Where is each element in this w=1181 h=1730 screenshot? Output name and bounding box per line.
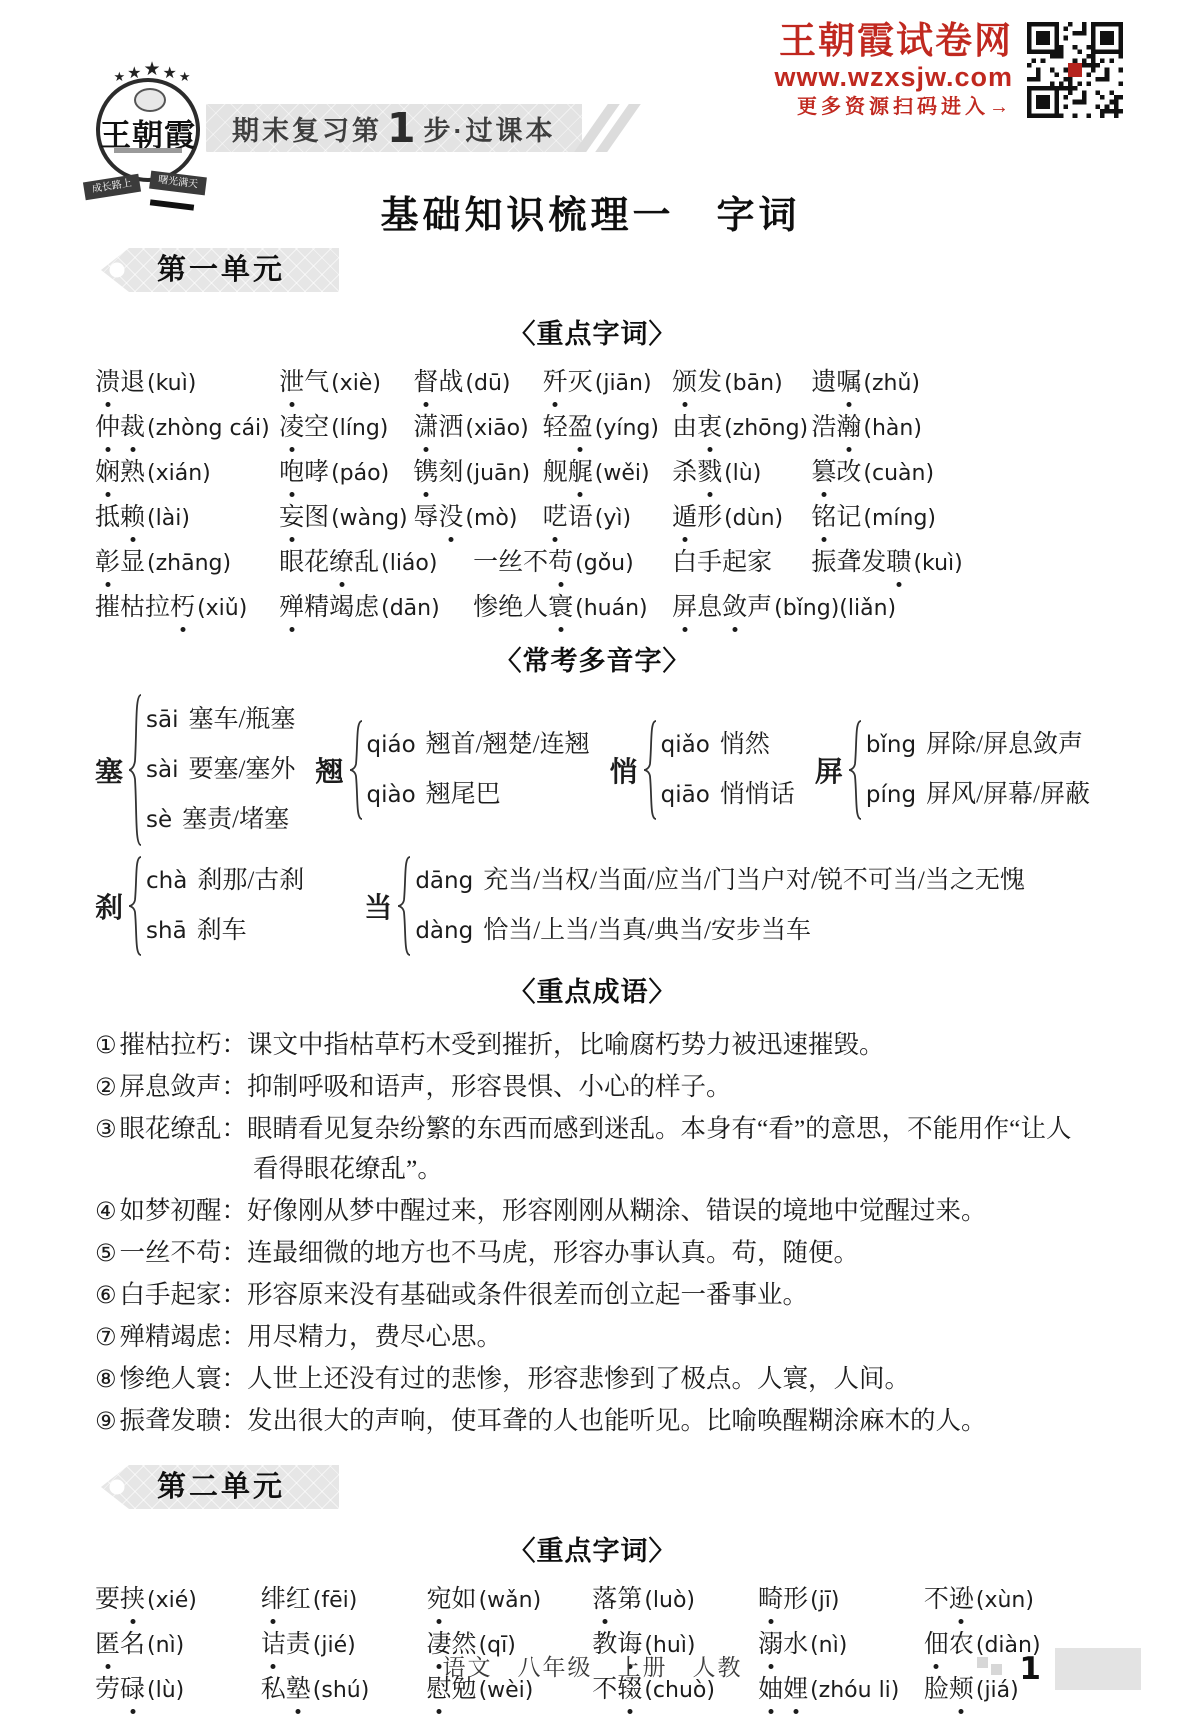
word-item: 娴熟(xián) <box>95 457 279 490</box>
idiom-number: ① <box>95 1031 117 1059</box>
word-character: 形 <box>697 502 722 534</box>
polyphone-group: 当dāng充当/当权/当面/应当/门当户对/锐不可当/当之无愧dàng恰当/上当… <box>364 856 1025 956</box>
word-pinyin: (zhǔ) <box>863 371 920 396</box>
band-prefix: 期末复习第 <box>232 109 382 148</box>
unit1-keyword-grid: 溃退(kuì)泄气(xiè)督战(dū)歼灭(jiān)颁发(bān)遗嘱(zh… <box>95 367 1090 625</box>
word-character: 呓 <box>543 502 568 534</box>
word-pinyin: (hàn) <box>863 416 922 441</box>
word-item: 颁发(bān) <box>672 367 811 400</box>
idiom-term: 摧枯拉朽： <box>120 1030 248 1059</box>
word-character: 舰 <box>543 457 568 489</box>
word-pinyin: (huán) <box>575 596 647 621</box>
idiom-definition: 发出很大的声响，使耳聋的人也能听见。比喻唤醒糊涂麻木的人。 <box>247 1406 987 1435</box>
word-character: 敛 <box>722 592 747 624</box>
reading-pinyin: qiáo <box>367 732 416 758</box>
word-item: 妄图(wàng) <box>279 502 413 535</box>
reading-words: 屏除/屏息敛声 <box>926 731 1083 758</box>
page-number: 1 <box>1005 1651 1055 1687</box>
word-character: 战 <box>438 367 463 399</box>
brace-icon <box>127 694 143 846</box>
polyphone-reading: qiáo翘首/翘楚/连翘 <box>367 720 590 770</box>
word-item: 白手起家 <box>672 547 811 580</box>
word-character: 凌 <box>279 412 304 444</box>
word-character: 宛 <box>427 1584 452 1616</box>
word-item: 振聋发聩(kuì) <box>811 547 1090 580</box>
word-character: 挟 <box>120 1584 145 1616</box>
logo-stars-icon: ★★★★★ <box>88 60 216 79</box>
idiom-definition: 好像刚从梦中醒过来，形容刚刚从糊涂、错误的境地中觉醒过来。 <box>247 1196 987 1225</box>
polyphone-reading: qiǎo悄然 <box>661 720 795 770</box>
polyphone-readings: bǐng屏除/屏息敛声píng屏风/屏幕/屏蔽 <box>866 720 1090 820</box>
word-pinyin: (lù) <box>724 461 761 486</box>
word-character: 杀 <box>672 457 697 489</box>
word-character: 轻 <box>543 412 568 444</box>
word-row: 溃退(kuì)泄气(xiè)督战(dū)歼灭(jiān)颁发(bān)遗嘱(zh… <box>95 367 1090 400</box>
polyphone-group: 悄qiǎo悄然qiāo悄悄话 <box>610 720 795 820</box>
word-item: 惨绝人寰(huán) <box>473 592 672 625</box>
word-character: 虑 <box>354 592 379 624</box>
word-pinyin: (juān) <box>465 461 530 486</box>
reading-words: 刹车 <box>197 917 247 944</box>
word-row: 娴熟(xián)咆哮(páo)镌刻(juān)舰艉(wěi)杀戮(lù)篡改(c… <box>95 457 1090 490</box>
word-character: 红 <box>286 1584 311 1616</box>
brand-site-name: 王朝霞试卷网 <box>774 22 1013 61</box>
word-character: 灭 <box>568 367 593 399</box>
word-row: 仲裁(zhòng cái)凌空(líng)潇洒(xiāo)轻盈(yíng)由衷(… <box>95 412 1090 445</box>
word-character: 枯 <box>120 592 145 624</box>
reading-words: 恰当/上当/当真/典当/安步当车 <box>483 917 811 944</box>
word-pinyin: (liáo) <box>381 551 437 576</box>
word-pinyin: (yì) <box>595 506 631 531</box>
word-pinyin: (xián) <box>147 461 211 486</box>
idiom-number: ⑥ <box>95 1281 117 1309</box>
idiom-number: ③ <box>95 1115 117 1143</box>
word-pinyin: (cuàn) <box>863 461 934 486</box>
reading-words: 刹那/古刹 <box>197 867 304 894</box>
word-pinyin: (dū) <box>465 371 510 396</box>
word-character: 盈 <box>568 412 593 444</box>
page-number-bar <box>1055 1648 1141 1690</box>
word-character: 哮 <box>304 457 329 489</box>
unit2-keyword-grid: 要挟(xié)绯红(fēi)宛如(wǎn)落第(luò)畸形(jī)不逊(xùn… <box>95 1584 1090 1707</box>
word-item: 浩瀚(hàn) <box>811 412 1090 445</box>
page-title: 基础知识梳理一 字词 <box>0 184 1181 239</box>
word-character: 花 <box>304 547 329 579</box>
word-character: 丝 <box>498 547 523 579</box>
word-character: 落 <box>592 1584 617 1616</box>
reading-pinyin: dāng <box>415 868 473 894</box>
word-pinyin: (zhòng cái) <box>147 416 270 441</box>
brace-icon <box>348 720 364 820</box>
word-character: 嘱 <box>836 367 861 399</box>
reading-pinyin: qiǎo <box>661 732 710 758</box>
brand-block: 王朝霞试卷网 www.wzxsjw.com 更多资源扫码进入→ <box>774 22 1123 121</box>
word-character: 起 <box>722 547 747 579</box>
idiom-item: ①摧枯拉朽：课文中指枯草朽木受到摧折，比喻腐朽势力被迅速摧毁。 <box>95 1025 1090 1065</box>
idiom-definition: 形容原来没有基础或条件很差而创立起一番事业。 <box>247 1280 808 1309</box>
word-pinyin: (wǎn) <box>479 1588 542 1613</box>
word-character: 摧 <box>95 592 120 624</box>
word-character: 朽 <box>170 592 195 624</box>
reading-pinyin: sài <box>146 757 178 783</box>
polyphone-row: 刹chà刹那/古刹shā刹车当dāng充当/当权/当面/应当/门当户对/锐不可当… <box>95 856 1090 956</box>
word-character: 绯 <box>261 1584 286 1616</box>
document-page: 王朝霞试卷网 www.wzxsjw.com 更多资源扫码进入→ ★★★★★ 王朝… <box>0 0 1181 1730</box>
star-icon: ★ <box>113 70 125 83</box>
polyphone-group: 屏bǐng屏除/屏息敛声píng屏风/屏幕/屏蔽 <box>815 720 1090 820</box>
word-pinyin: (gǒu) <box>575 551 634 576</box>
idiom-number: ④ <box>95 1197 117 1225</box>
word-item: 篡改(cuàn) <box>811 457 1090 490</box>
idiom-term: 惨绝人寰： <box>120 1364 248 1393</box>
word-item: 抵赖(lài) <box>95 502 279 535</box>
reading-words: 塞责/堵塞 <box>182 806 289 833</box>
word-pinyin: (dùn) <box>724 506 783 531</box>
word-item: 辱没(mò) <box>413 502 542 535</box>
unit1-idiom-list: ①摧枯拉朽：课文中指枯草朽木受到摧折，比喻腐朽势力被迅速摧毁。②屏息敛声：抑制呼… <box>95 1025 1090 1441</box>
page-content: 第一单元 〈重点字词〉 溃退(kuì)泄气(xiè)督战(dū)歼灭(jiān)… <box>95 246 1090 1719</box>
idiom-item: ③眼花缭乱：眼睛看见复杂纷繁的东西而感到迷乱。本身有“看”的意思，不能用作“让人… <box>95 1109 1090 1189</box>
idiom-number: ⑨ <box>95 1407 117 1435</box>
word-character: 逊 <box>949 1584 974 1616</box>
word-item: 绯红(fēi) <box>261 1584 427 1617</box>
word-item: 凌空(líng) <box>279 412 413 445</box>
polyphone-reading: sài要塞/塞外 <box>146 745 295 795</box>
word-pinyin: (líng) <box>331 416 388 441</box>
idiom-term: 白手起家： <box>120 1280 248 1309</box>
word-character: 辱 <box>413 502 438 534</box>
word-item: 一丝不苟(gǒu) <box>473 547 672 580</box>
word-character: 篡 <box>811 457 836 489</box>
word-pinyin: (xiāo) <box>465 416 528 441</box>
star-icon: ★ <box>179 70 191 83</box>
unit1-polyphone-section: 塞sāi塞车/瓶塞sài要塞/塞外sè塞责/堵塞翘qiáo翘首/翘楚/连翘qià… <box>95 694 1090 956</box>
polyphone-character: 悄 <box>610 750 638 790</box>
polyphone-character: 当 <box>364 886 392 926</box>
word-character: 拉 <box>145 592 170 624</box>
idiom-definition: 眼睛看见复杂纷繁的东西而感到迷乱。本身有“看”的意思，不能用作“让人看得眼花缭乱… <box>247 1114 1071 1183</box>
polyphone-readings: dāng充当/当权/当面/应当/门当户对/锐不可当/当之无愧dàng恰当/上当/… <box>415 856 1025 956</box>
word-item: 彰显(zhāng) <box>95 547 279 580</box>
star-icon: ★ <box>163 66 177 82</box>
word-character: 仲 <box>95 412 120 444</box>
reading-words: 要塞/塞外 <box>188 756 295 783</box>
reading-pinyin: bǐng <box>866 732 916 758</box>
word-character: 改 <box>836 457 861 489</box>
unit2-tag-label: 第二单元 <box>157 1471 285 1503</box>
word-pinyin: (xiè) <box>331 371 381 396</box>
word-character: 乱 <box>354 547 379 579</box>
idiom-number: ⑤ <box>95 1239 117 1267</box>
polyphone-reading: qiāo悄悄话 <box>661 770 795 820</box>
reading-words: 翘尾巴 <box>426 781 501 808</box>
reading-pinyin: chà <box>146 868 187 894</box>
word-item: 仲裁(zhòng cái) <box>95 412 279 445</box>
word-character: 镌 <box>413 457 438 489</box>
word-item: 轻盈(yíng) <box>543 412 672 445</box>
word-row: 抵赖(lài)妄图(wàng)辱没(mò)呓语(yì)遁形(dùn)铭记(mín… <box>95 502 1090 535</box>
logo-circle: 王朝霞 <box>96 78 200 182</box>
unit1-idioms-heading: 〈重点成语〉 <box>95 970 1090 1009</box>
word-character: 图 <box>304 502 329 534</box>
word-pinyin: (bǐng)(liǎn) <box>774 596 896 621</box>
polyphone-readings: qiǎo悄然qiāo悄悄话 <box>661 720 795 820</box>
word-character: 洒 <box>438 412 463 444</box>
idiom-definition: 课文中指枯草朽木受到摧折，比喻腐朽势力被迅速摧毁。 <box>247 1030 885 1059</box>
header-band: 期末复习第 1 步·过课本 <box>206 104 624 152</box>
reading-pinyin: sè <box>146 807 172 833</box>
word-pinyin: (bān) <box>724 371 783 396</box>
word-character: 颁 <box>672 367 697 399</box>
unit2-tag: 第二单元 <box>101 1465 339 1509</box>
word-pinyin: (mò) <box>465 506 517 531</box>
qr-code-icon <box>1027 22 1123 118</box>
word-pinyin: (wàng) <box>331 506 408 531</box>
word-character: 发 <box>697 367 722 399</box>
reading-words: 塞车/瓶塞 <box>188 706 295 733</box>
word-character: 手 <box>697 547 722 579</box>
word-character: 记 <box>836 502 861 534</box>
word-character: 发 <box>861 547 886 579</box>
unit1-keywords-heading: 〈重点字词〉 <box>95 312 1090 351</box>
word-pinyin: (kuì) <box>913 551 962 576</box>
idiom-item: ⑤一丝不苟：连最细微的地方也不马虎，形容办事认真。苟，随便。 <box>95 1233 1090 1273</box>
word-item: 呓语(yì) <box>543 502 672 535</box>
word-character: 竭 <box>329 592 354 624</box>
star-icon: ★ <box>143 60 160 79</box>
word-character: 戮 <box>697 457 722 489</box>
idiom-term: 殚精竭虑： <box>120 1322 248 1351</box>
word-item: 溃退(kuì) <box>95 367 279 400</box>
reading-words: 充当/当权/当面/应当/门当户对/锐不可当/当之无愧 <box>483 867 1025 894</box>
reading-pinyin: shā <box>146 918 187 944</box>
word-pinyin: (páo) <box>331 461 389 486</box>
word-character: 屏 <box>672 592 697 624</box>
word-character: 遗 <box>811 367 836 399</box>
word-pinyin: (zhāng) <box>147 551 231 576</box>
word-character: 溃 <box>95 367 120 399</box>
reading-words: 悄然 <box>720 731 770 758</box>
idiom-item: ⑦殚精竭虑：用尽精力，费尽心思。 <box>95 1317 1090 1357</box>
header-band-label: 期末复习第 1 步·过课本 <box>206 104 582 152</box>
polyphone-character: 翘 <box>316 750 344 790</box>
idiom-item: ⑥白手起家：形容原来没有基础或条件很差而创立起一番事业。 <box>95 1275 1090 1315</box>
reading-words: 翘首/翘楚/连翘 <box>426 731 590 758</box>
idiom-item: ②屏息敛声：抑制呼吸和语声，形容畏惧、小心的样子。 <box>95 1067 1090 1107</box>
polyphone-row: 塞sāi塞车/瓶塞sài要塞/塞外sè塞责/堵塞翘qiáo翘首/翘楚/连翘qià… <box>95 694 1090 846</box>
word-item: 遁形(dùn) <box>672 502 811 535</box>
word-pinyin: (zhōng) <box>724 416 808 441</box>
word-item: 督战(dū) <box>413 367 542 400</box>
reading-pinyin: píng <box>866 782 916 808</box>
word-character: 遁 <box>672 502 697 534</box>
word-character: 不 <box>523 547 548 579</box>
word-character: 抵 <box>95 502 120 534</box>
reading-words: 屏风/屏幕/屏蔽 <box>926 781 1090 808</box>
word-row: 摧枯拉朽(xiǔ)殚精竭虑(dān)惨绝人寰(huán)屏息敛声(bǐng)(l… <box>95 592 1090 625</box>
word-item: 屏息敛声(bǐng)(liǎn) <box>672 592 1090 625</box>
word-item: 歼灭(jiān) <box>543 367 672 400</box>
word-character: 畸 <box>758 1584 783 1616</box>
polyphone-group: 翘qiáo翘首/翘楚/连翘qiào翘尾巴 <box>316 720 590 820</box>
word-pinyin: (dān) <box>381 596 440 621</box>
word-item: 舰艉(wěi) <box>543 457 672 490</box>
reading-pinyin: qiāo <box>661 782 710 808</box>
word-pinyin: (míng) <box>863 506 936 531</box>
word-item: 落第(luò) <box>592 1584 758 1617</box>
word-character: 歼 <box>543 367 568 399</box>
word-pinyin: (kuì) <box>147 371 196 396</box>
unit1-polyphones-heading: 〈常考多音字〉 <box>95 639 1090 678</box>
brace-icon <box>642 720 658 820</box>
word-character: 泄 <box>279 367 304 399</box>
page-number-decoration <box>977 1657 988 1668</box>
brace-icon <box>396 856 412 956</box>
polyphone-reading: chà刹那/古刹 <box>146 856 304 906</box>
word-character: 惨 <box>473 592 498 624</box>
polyphone-reading: dàng恰当/上当/当真/典当/安步当车 <box>415 906 1025 956</box>
reading-pinyin: dàng <box>415 918 473 944</box>
word-character: 艉 <box>568 457 593 489</box>
brace-icon <box>847 720 863 820</box>
word-character: 不 <box>924 1584 949 1616</box>
brace-icon <box>127 856 143 956</box>
word-character: 熟 <box>120 457 145 489</box>
brand-scan-hint: 更多资源扫码进入→ <box>774 93 1013 121</box>
idiom-definition: 抑制呼吸和语声，形容畏惧、小心的样子。 <box>247 1072 732 1101</box>
word-item: 摧枯拉朽(xiǔ) <box>95 592 279 625</box>
polyphone-reading: píng屏风/屏幕/屏蔽 <box>866 770 1090 820</box>
word-character: 瀚 <box>836 412 861 444</box>
logo-subtext <box>114 148 182 153</box>
idiom-term: 一丝不苟： <box>120 1238 248 1267</box>
word-character: 眼 <box>279 547 304 579</box>
word-pinyin: (wěi) <box>595 461 650 486</box>
idiom-number: ⑦ <box>95 1323 117 1351</box>
word-item: 铭记(míng) <box>811 502 1090 535</box>
reading-pinyin: qiào <box>367 782 416 808</box>
word-character: 没 <box>438 502 463 534</box>
idiom-item: ⑧惨绝人寰：人世上还没有过的悲惨，形容悲惨到了极点。人寰，人间。 <box>95 1359 1090 1399</box>
word-character: 彰 <box>95 547 120 579</box>
word-character: 空 <box>304 412 329 444</box>
word-character: 刻 <box>438 457 463 489</box>
word-item: 宛如(wǎn) <box>427 1584 593 1617</box>
word-character: 督 <box>413 367 438 399</box>
word-item: 要挟(xié) <box>95 1584 261 1617</box>
idiom-item: ⑨振聋发聩：发出很大的声响，使耳聋的人也能听见。比喻唤醒糊涂麻木的人。 <box>95 1401 1090 1441</box>
word-character: 精 <box>304 592 329 624</box>
word-character: 缭 <box>329 547 354 579</box>
page-number-box: 1 <box>977 1648 1141 1690</box>
polyphone-character: 塞 <box>95 750 123 790</box>
reading-pinyin: sāi <box>146 707 178 733</box>
word-character: 声 <box>747 592 772 624</box>
word-character: 要 <box>95 1584 120 1616</box>
word-character: 息 <box>697 592 722 624</box>
word-item: 杀戮(lù) <box>672 457 811 490</box>
polyphone-readings: qiáo翘首/翘楚/连翘qiào翘尾巴 <box>367 720 590 820</box>
polyphone-group: 刹chà刹那/古刹shā刹车 <box>95 856 304 956</box>
polyphone-character: 屏 <box>815 750 843 790</box>
idiom-term: 如梦初醒： <box>120 1196 248 1225</box>
polyphone-reading: bǐng屏除/屏息敛声 <box>866 720 1090 770</box>
word-character: 聩 <box>886 547 911 579</box>
polyphone-readings: chà刹那/古刹shā刹车 <box>146 856 304 956</box>
word-character: 赖 <box>120 502 145 534</box>
word-character: 语 <box>568 502 593 534</box>
polyphone-readings: sāi塞车/瓶塞sài要塞/塞外sè塞责/堵塞 <box>146 695 295 845</box>
word-character: 形 <box>783 1584 808 1616</box>
word-pinyin: (xiǔ) <box>197 596 247 621</box>
brand-site-url: www.wzxsjw.com <box>774 61 1013 93</box>
band-step-number: 1 <box>387 104 419 152</box>
word-item: 泄气(xiè) <box>279 367 413 400</box>
idiom-definition: 用尽精力，费尽心思。 <box>247 1322 502 1351</box>
word-character: 退 <box>120 367 145 399</box>
word-character: 浩 <box>811 412 836 444</box>
unit1-tag-label: 第一单元 <box>157 254 285 286</box>
word-character: 潇 <box>413 412 438 444</box>
polyphone-group: 塞sāi塞车/瓶塞sài要塞/塞外sè塞责/堵塞 <box>95 694 295 846</box>
polyphone-reading: sè塞责/堵塞 <box>146 795 295 845</box>
band-suffix: 步·过课本 <box>424 109 556 148</box>
word-character: 铭 <box>811 502 836 534</box>
word-character: 人 <box>523 592 548 624</box>
word-item: 眼花缭乱(liáo) <box>279 547 473 580</box>
word-character: 白 <box>672 547 697 579</box>
unit2-keywords-heading: 〈重点字词〉 <box>95 1529 1090 1568</box>
word-pinyin: (luò) <box>644 1588 695 1613</box>
word-pinyin: (fēi) <box>313 1588 358 1613</box>
page-number-decoration <box>991 1664 1002 1675</box>
polyphone-reading: qiào翘尾巴 <box>367 770 590 820</box>
word-character: 绝 <box>498 592 523 624</box>
word-character: 气 <box>304 367 329 399</box>
polyphone-reading: shā刹车 <box>146 906 304 956</box>
idiom-definition: 连最细微的地方也不马虎，形容办事认真。苟，随便。 <box>247 1238 859 1267</box>
word-character: 如 <box>452 1584 477 1616</box>
polyphone-reading: dāng充当/当权/当面/应当/门当户对/锐不可当/当之无愧 <box>415 856 1025 906</box>
footer-info: 语文 八年级 上册 人教 <box>95 1649 1090 1682</box>
idiom-term: 屏息敛声： <box>120 1072 248 1101</box>
brand-text: 王朝霞试卷网 www.wzxsjw.com 更多资源扫码进入→ <box>774 22 1013 121</box>
word-item: 遗嘱(zhǔ) <box>811 367 1090 400</box>
idiom-number: ② <box>95 1073 117 1101</box>
word-character: 由 <box>672 412 697 444</box>
word-character: 妄 <box>279 502 304 534</box>
reading-words: 悄悄话 <box>720 781 795 808</box>
word-item: 殚精竭虑(dān) <box>279 592 473 625</box>
word-character: 家 <box>747 547 772 579</box>
word-pinyin: (jī) <box>810 1588 839 1613</box>
word-row: 彰显(zhāng)眼花缭乱(liáo)一丝不苟(gǒu)白手起家振聋发聩(kuì… <box>95 547 1090 580</box>
word-character: 苟 <box>548 547 573 579</box>
polyphone-reading: sāi塞车/瓶塞 <box>146 695 295 745</box>
word-character: 第 <box>617 1584 642 1616</box>
idiom-term: 眼花缭乱： <box>120 1114 248 1143</box>
idiom-number: ⑧ <box>95 1365 117 1393</box>
word-character: 娴 <box>95 457 120 489</box>
word-pinyin: (yíng) <box>595 416 659 441</box>
word-character: 咆 <box>279 457 304 489</box>
word-character: 殚 <box>279 592 304 624</box>
portrait-icon <box>134 88 166 112</box>
unit1-tag: 第一单元 <box>101 248 339 292</box>
word-pinyin: (xié) <box>147 1588 197 1613</box>
idiom-item: ④如梦初醒：好像刚从梦中醒过来，形容刚刚从糊涂、错误的境地中觉醒过来。 <box>95 1191 1090 1231</box>
word-character: 寰 <box>548 592 573 624</box>
